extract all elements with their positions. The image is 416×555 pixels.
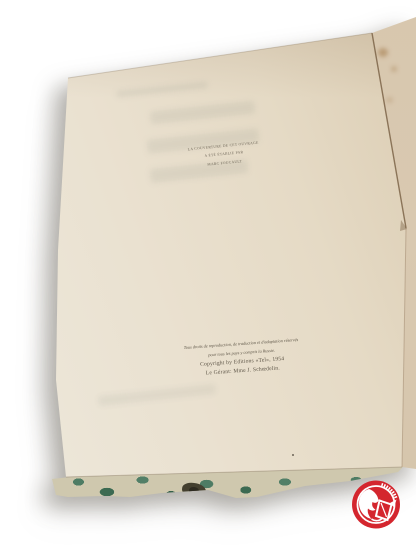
product-photo: LA COUVERTURE DE CET OUVRAGE A ÉTÉ ÉTABL…: [0, 0, 416, 555]
foxing-stain: [378, 48, 388, 57]
watermark-seal-icon: [350, 479, 402, 531]
copyright-imprint-block: Tous droits de reproduction, de traducti…: [171, 335, 313, 381]
page-top-shading: [60, 28, 416, 98]
show-through-blob: [150, 101, 256, 125]
torn-paper-chunk: [181, 482, 206, 498]
torn-paper-shadow: [189, 486, 200, 494]
foxing-stain: [391, 66, 397, 72]
book-shadow-wrapper: LA COUVERTURE DE CET OUVRAGE A ÉTÉ ÉTABL…: [0, 0, 416, 555]
show-through-blob: [98, 384, 216, 406]
foxing-stain: [386, 97, 393, 103]
page-speck: [292, 454, 294, 456]
